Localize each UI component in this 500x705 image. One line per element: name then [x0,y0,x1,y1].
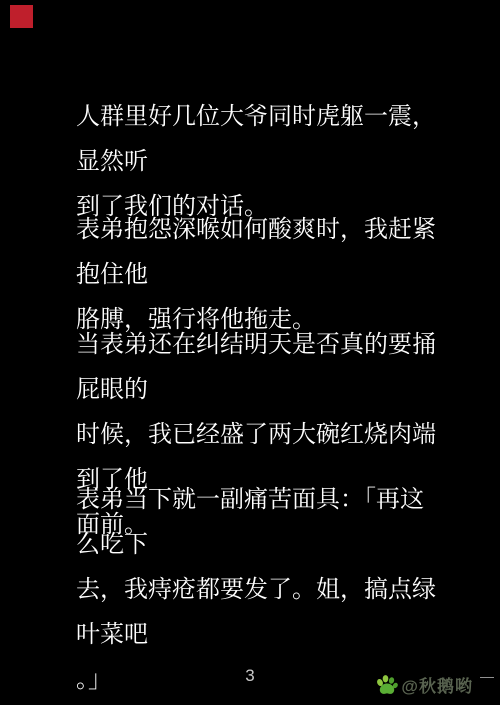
watermark: @秋鹅哟 — [375,672,494,697]
paw-icon [375,673,399,697]
watermark-handle: @秋鹅哟 [401,672,473,697]
watermark-dash: — [480,668,494,684]
red-square-marker [10,5,33,28]
story-page: 人群里好几位大爷同时虎躯一震，显然听 到了我们的对话。 表弟抱怨深喉如何酸爽时，… [0,0,500,705]
